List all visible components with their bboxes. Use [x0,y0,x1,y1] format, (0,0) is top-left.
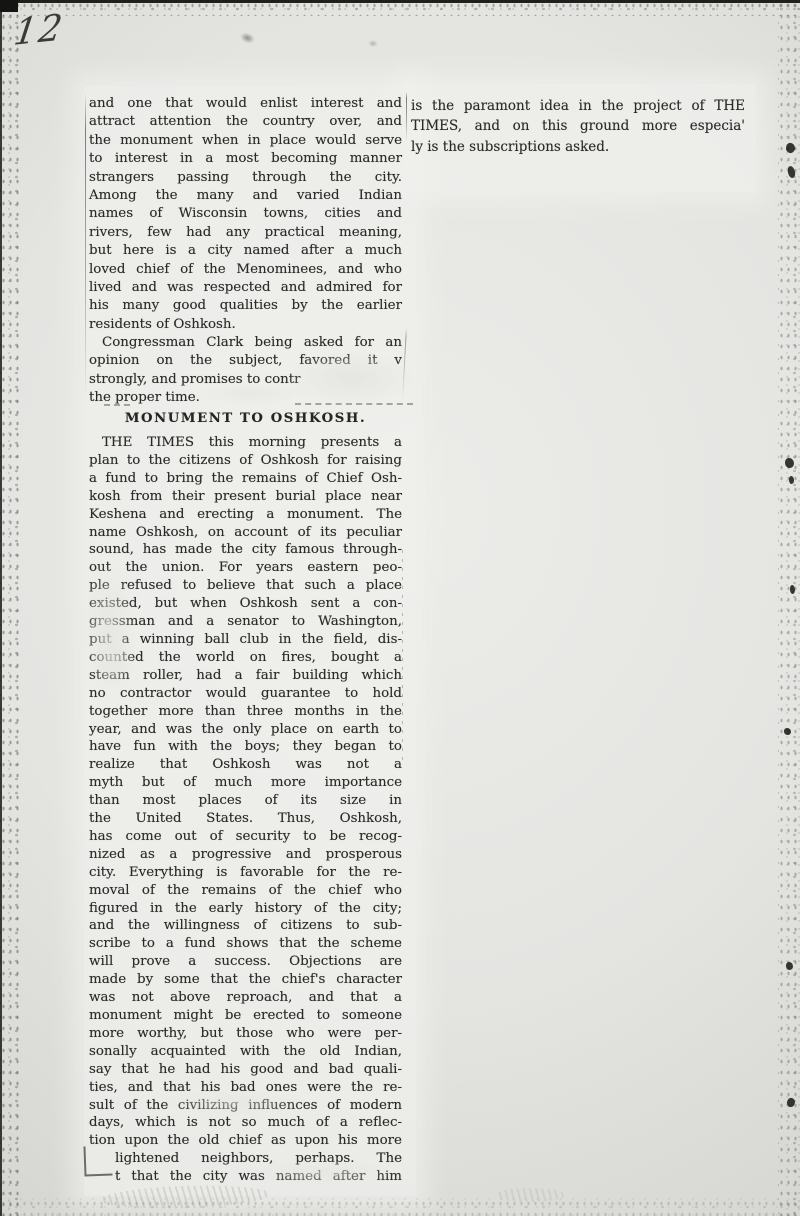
text-line: to interest in a most becoming manner [89,150,402,168]
article-continuation-paragraph-1: and one that would enlist interest andat… [89,95,402,334]
smudge-mark [239,31,257,46]
scan-edge-left [0,0,20,1216]
scan-border-top [0,0,800,3]
text-line: will prove a success. Objections are [89,953,402,971]
text-line: was not above reproach, and that a [89,989,402,1007]
scanned-newspaper-page: 12 and one that would enlist interest an… [0,0,800,1216]
scan-corner-mark [0,0,18,12]
text-line: lived and was respected and admired for [89,279,402,297]
text-line: ties, and that his bad ones were the re- [89,1079,402,1097]
text-line: say that he had his good and bad quali- [89,1061,402,1079]
scan-border-left [0,0,2,1216]
text-line: put a winning ball club in the field, di… [89,631,402,649]
text-line: names of Wisconsin towns, cities and [89,205,402,223]
text-line: sonally acquainted with the old Indian, [89,1043,402,1061]
text-line: residents of Oshkosh. [89,316,402,334]
text-line: is the paramont idea in the project of T… [411,96,745,116]
text-line: the monument when in place would serve [89,132,402,150]
right-column-article-tail: is the paramont idea in the project of T… [411,96,745,157]
text-line: together more than three months in the [89,703,402,721]
text-line: sult of the civilizing influences of mod… [89,1097,402,1115]
ink-speck [786,962,793,970]
text-line: steam roller, had a fair building which [89,667,402,685]
text-line: t that the city was named after him [89,1168,402,1186]
scan-edge-right [778,0,800,1216]
column-rule-left [85,92,86,404]
column-rule-right [402,550,403,765]
text-line: city. Everything is favorable for the re… [89,864,402,882]
text-line: rivers, few had any practical meaning, [89,224,402,242]
text-line: the proper time. [89,389,402,407]
text-line: tion upon the old chief as upon his more [89,1132,402,1150]
ink-speck [785,458,794,468]
article-headline: MONUMENT TO OSHKOSH. [89,411,402,426]
text-line: have fun with the boys; they began to [89,738,402,756]
text-line: TIMES, and on this ground more especia' [411,116,745,136]
text-line: his many good qualities by the earlier [89,297,402,315]
text-line: has come out of security to be recog- [89,828,402,846]
text-line: nized as a progressive and prosperous [89,846,402,864]
text-line: lightened neighbors, perhaps. The [89,1150,402,1168]
text-line: opinion on the subject, favored it v [89,352,402,370]
text-line: year, and was the only place on earth to [89,721,402,739]
text-line: ple refused to believe that such a place [89,577,402,595]
text-line: a fund to bring the remains of Chief Osh… [89,470,402,488]
text-line: out the union. For years eastern peo- [89,559,402,577]
ink-speck [789,476,794,484]
text-line: existed, but when Oshkosh sent a con- [89,595,402,613]
text-line: gressman and a senator to Washington, [89,613,402,631]
text-line: loved chief of the Menominees, and who [89,261,402,279]
text-line: counted the world on fires, bought a [89,649,402,667]
text-line: made by some that the chief's character [89,971,402,989]
text-line: more worthy, but those who were per- [89,1025,402,1043]
text-line: Keshena and erecting a monument. The [89,506,402,524]
text-line: kosh from their present burial place nea… [89,488,402,506]
ink-speck [784,728,791,735]
text-line: ly is the subscriptions asked. [411,137,745,157]
text-line: moval of the remains of the chief who [89,882,402,900]
text-line: Congressman Clark being asked for an [89,334,402,352]
text-line: and one that would enlist interest and [89,95,402,113]
handwritten-page-number: 12 [11,7,66,54]
smudge-mark [368,40,378,47]
text-line: name Oshkosh, on account of its peculiar [89,524,402,542]
text-line: attract attention the country over, and [89,113,402,131]
text-line: strongly, and promises to contr [89,371,402,389]
text-line: no contractor would guarantee to hold [89,685,402,703]
text-line: but here is a city named after a much [89,242,402,260]
text-line: plan to the citizens of Oshkosh for rais… [89,452,402,470]
column-divider-rule [406,92,407,142]
text-line: THE TIMES this morning presents a [89,434,402,452]
text-line: figured in the early history of the city… [89,900,402,918]
text-line: myth but of much more importance [89,774,402,792]
article-continuation-paragraph-2: Congressman Clark being asked for anopin… [89,334,402,408]
text-line: realize that Oshkosh was not a [89,756,402,774]
text-line: monument might be erected to someone [89,1007,402,1025]
text-line: strangers passing through the city. [89,169,402,187]
ink-speck [790,585,795,594]
text-line: the United States. Thus, Oshkosh, [89,810,402,828]
text-line: sound, has made the city famous through- [89,541,402,559]
monument-article-body: THE TIMES this morning presents aplan to… [89,434,402,1186]
text-line: days, which is not so much of a reflec- [89,1114,402,1132]
text-line: scribe to a fund shows that the scheme [89,935,402,953]
text-line: than most places of its size in [89,792,402,810]
text-line: and the willingness of citizens to sub- [89,917,402,935]
pencil-scribble [495,1188,565,1202]
text-line: Among the many and varied Indian [89,187,402,205]
